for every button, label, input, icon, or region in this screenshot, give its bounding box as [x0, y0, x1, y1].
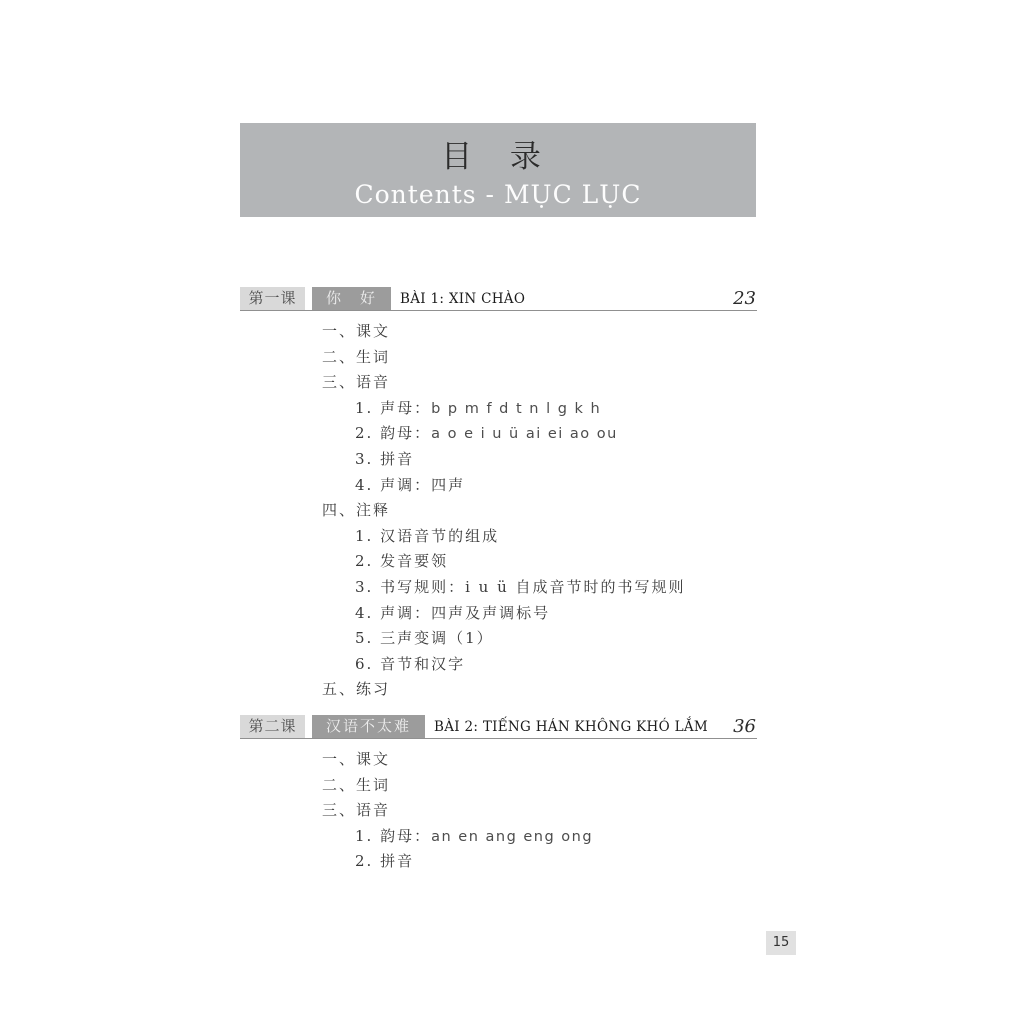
toc-item-text: 3. 书写规则：i u ü 自成音节时的书写规则 — [355, 578, 686, 596]
toc-item: 2. 韵母：a o e i u ü ai ei ao ou — [240, 421, 757, 447]
toc-item-text: 2. 拼音 — [355, 852, 414, 870]
toc-item: 一、课文 — [240, 747, 757, 773]
lesson-header-row: 第一课 你 好 BÀI 1: XIN CHÀO 23 — [240, 287, 757, 311]
toc-item-text: 2. 发音要领 — [355, 552, 448, 570]
toc-item: 3. 书写规则：i u ü 自成音节时的书写规则 — [240, 575, 757, 601]
toc-item-text: 一、课文 — [322, 322, 390, 340]
lesson-page-number: 23 — [733, 287, 757, 310]
lesson-header-gap — [305, 287, 312, 310]
toc-item-text: 一、课文 — [322, 750, 390, 768]
toc-item-text: 三、语音 — [322, 801, 390, 819]
lesson-title-chinese: 你 好 — [312, 287, 391, 310]
lesson-number-label: 第一课 — [240, 287, 305, 310]
table-of-contents: 第一课 你 好 BÀI 1: XIN CHÀO 23 一、课文 二、生词 三、语… — [240, 287, 757, 875]
lesson-item-list: 一、课文 二、生词 三、语音 1. 声母：b p m f d t n l g k… — [240, 311, 757, 703]
lesson-block: 第二课 汉语不太难 BÀI 2: TIẾNG HÁN KHÔNG KHÓ LẮM… — [240, 715, 757, 875]
toc-item-text: 二、生词 — [322, 348, 390, 366]
toc-item: 1. 韵母：an en ang eng ong — [240, 824, 757, 850]
toc-item: 五、练习 — [240, 677, 757, 703]
lesson-title-vietnamese: BÀI 2: TIẾNG HÁN KHÔNG KHÓ LẮM — [434, 715, 708, 738]
toc-item: 一、课文 — [240, 319, 757, 345]
lesson-header-row: 第二课 汉语不太难 BÀI 2: TIẾNG HÁN KHÔNG KHÓ LẮM… — [240, 715, 757, 739]
toc-item-text: 二、生词 — [322, 776, 390, 794]
toc-item-text: 1. 汉语音节的组成 — [355, 527, 499, 545]
toc-item-text: 4. 声调：四声及声调标号 — [355, 604, 550, 622]
toc-item-pinyin: an en ang eng ong — [431, 829, 593, 845]
lesson-title-vietnamese: BÀI 1: XIN CHÀO — [400, 287, 525, 310]
toc-item: 6. 音节和汉字 — [240, 652, 757, 678]
toc-item: 5. 三声变调（1） — [240, 626, 757, 652]
contents-banner: 目 录 Contents - MỤC LỤC — [240, 123, 756, 217]
toc-item: 1. 声母：b p m f d t n l g k h — [240, 396, 757, 422]
contents-title-chinese: 目 录 — [240, 131, 756, 176]
toc-item: 三、语音 — [240, 798, 757, 824]
lesson-title-chinese: 汉语不太难 — [312, 715, 425, 738]
toc-item-text: 1. 声母： — [355, 399, 431, 417]
toc-item-text: 4. 声调：四声 — [355, 476, 465, 494]
lesson-number-label: 第二课 — [240, 715, 305, 738]
toc-item: 3. 拼音 — [240, 447, 757, 473]
lesson-block: 第一课 你 好 BÀI 1: XIN CHÀO 23 一、课文 二、生词 三、语… — [240, 287, 757, 703]
lesson-page-number: 36 — [733, 715, 757, 738]
page-number-badge: 15 — [766, 931, 796, 955]
contents-title-translation: Contents - MỤC LỤC — [240, 180, 756, 209]
toc-item-text: 6. 音节和汉字 — [355, 655, 465, 673]
book-contents-page: 目 录 Contents - MỤC LỤC 第一课 你 好 BÀI 1: XI… — [0, 0, 1024, 1024]
toc-item: 4. 声调：四声 — [240, 473, 757, 499]
toc-item: 三、语音 — [240, 370, 757, 396]
toc-item-pinyin: a o e i u ü ai ei ao ou — [431, 426, 618, 442]
toc-item: 2. 拼音 — [240, 849, 757, 875]
toc-item: 四、注释 — [240, 498, 757, 524]
toc-item-text: 三、语音 — [322, 373, 390, 391]
toc-item-text: 五、练习 — [322, 680, 390, 698]
toc-item: 1. 汉语音节的组成 — [240, 524, 757, 550]
toc-item-text: 2. 韵母： — [355, 424, 431, 442]
toc-item: 二、生词 — [240, 345, 757, 371]
toc-item-text: 四、注释 — [322, 501, 390, 519]
toc-item: 4. 声调：四声及声调标号 — [240, 601, 757, 627]
lesson-header-gap — [305, 715, 312, 738]
lesson-item-list: 一、课文 二、生词 三、语音 1. 韵母：an en ang eng ong 2… — [240, 739, 757, 875]
toc-item-text: 5. 三声变调（1） — [355, 629, 494, 647]
toc-item-pinyin: b p m f d t n l g k h — [431, 401, 601, 417]
toc-item-text: 1. 韵母： — [355, 827, 431, 845]
toc-item: 2. 发音要领 — [240, 549, 757, 575]
toc-item-text: 3. 拼音 — [355, 450, 414, 468]
toc-item: 二、生词 — [240, 773, 757, 799]
